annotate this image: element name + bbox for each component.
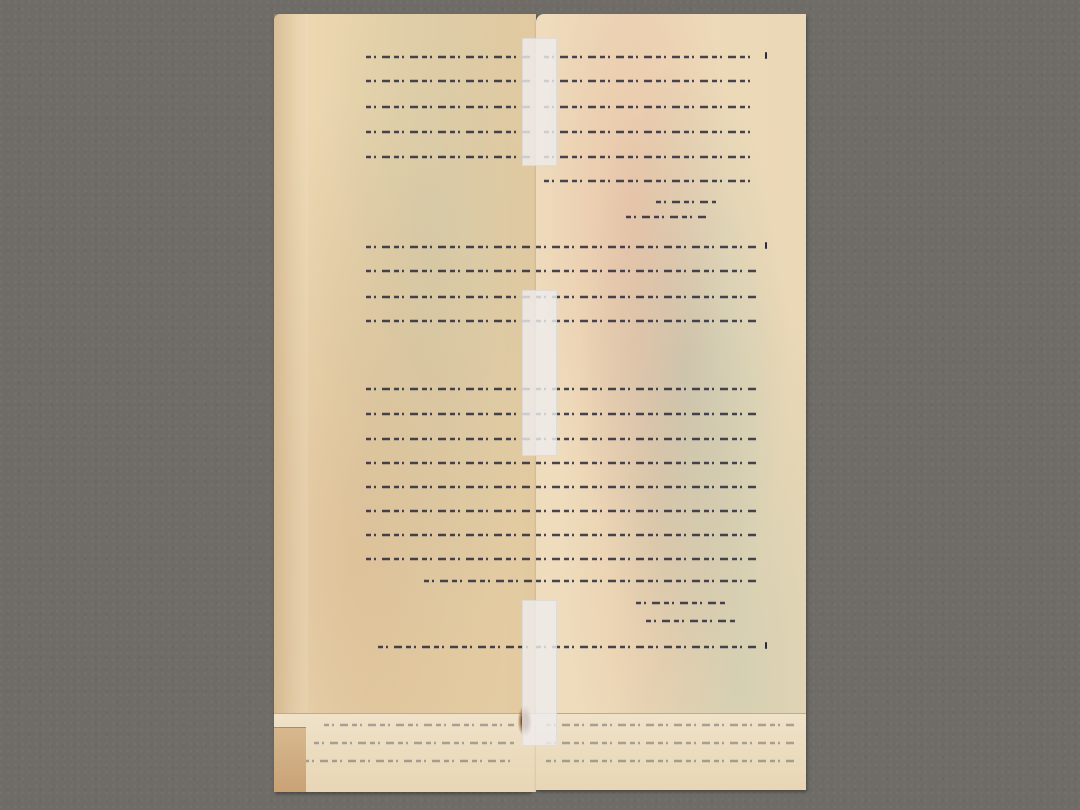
text-line	[366, 530, 534, 540]
text-line	[366, 482, 534, 492]
text-line	[366, 127, 534, 137]
text-line	[366, 458, 534, 468]
pasted-paper-strip	[274, 713, 536, 792]
text-line	[656, 197, 716, 207]
left-panel-text	[274, 14, 536, 792]
text-line	[636, 598, 726, 608]
text-line	[536, 530, 756, 540]
text-line	[366, 554, 534, 564]
item-marker	[765, 242, 767, 249]
text-line	[536, 458, 756, 468]
tape-strip-bottom	[522, 600, 557, 746]
text-line	[536, 384, 756, 394]
text-line	[366, 506, 534, 516]
text-line	[544, 176, 756, 186]
text-line	[366, 52, 534, 62]
faint-text-line	[546, 756, 796, 766]
left-panel	[274, 14, 536, 792]
text-line	[366, 409, 534, 419]
text-line	[544, 52, 756, 62]
text-line	[366, 266, 534, 276]
text-line	[366, 434, 534, 444]
text-line	[366, 242, 534, 252]
tape-strip-middle	[522, 290, 557, 456]
pasted-paper-strip	[536, 713, 806, 790]
text-line	[536, 576, 756, 586]
text-line	[366, 76, 534, 86]
corner-repair-patch	[274, 727, 306, 792]
text-line	[366, 384, 534, 394]
right-panel-text	[536, 14, 806, 790]
text-line	[536, 242, 756, 252]
text-line	[536, 316, 756, 326]
faint-text-line	[546, 738, 796, 748]
text-line	[646, 616, 736, 626]
text-line	[536, 642, 756, 652]
text-line	[544, 76, 756, 86]
text-line	[536, 554, 756, 564]
text-line	[544, 152, 756, 162]
right-panel	[536, 14, 806, 790]
text-line	[378, 642, 534, 652]
text-line	[536, 434, 756, 444]
text-line	[366, 102, 534, 112]
item-marker	[765, 52, 767, 59]
text-line	[536, 292, 756, 302]
text-line	[366, 292, 534, 302]
tape-strip-top	[522, 38, 557, 166]
faint-text-line	[546, 720, 796, 730]
text-line	[536, 409, 756, 419]
text-line	[544, 127, 756, 137]
faint-text-line	[304, 756, 514, 766]
text-line	[424, 576, 534, 586]
text-line	[366, 316, 534, 326]
faint-text-line	[324, 720, 514, 730]
text-line	[366, 152, 534, 162]
text-line	[536, 506, 756, 516]
text-line	[544, 102, 756, 112]
text-line	[626, 212, 706, 222]
text-line	[536, 482, 756, 492]
item-marker	[765, 642, 767, 649]
faint-text-line	[314, 738, 514, 748]
text-line	[536, 266, 756, 276]
